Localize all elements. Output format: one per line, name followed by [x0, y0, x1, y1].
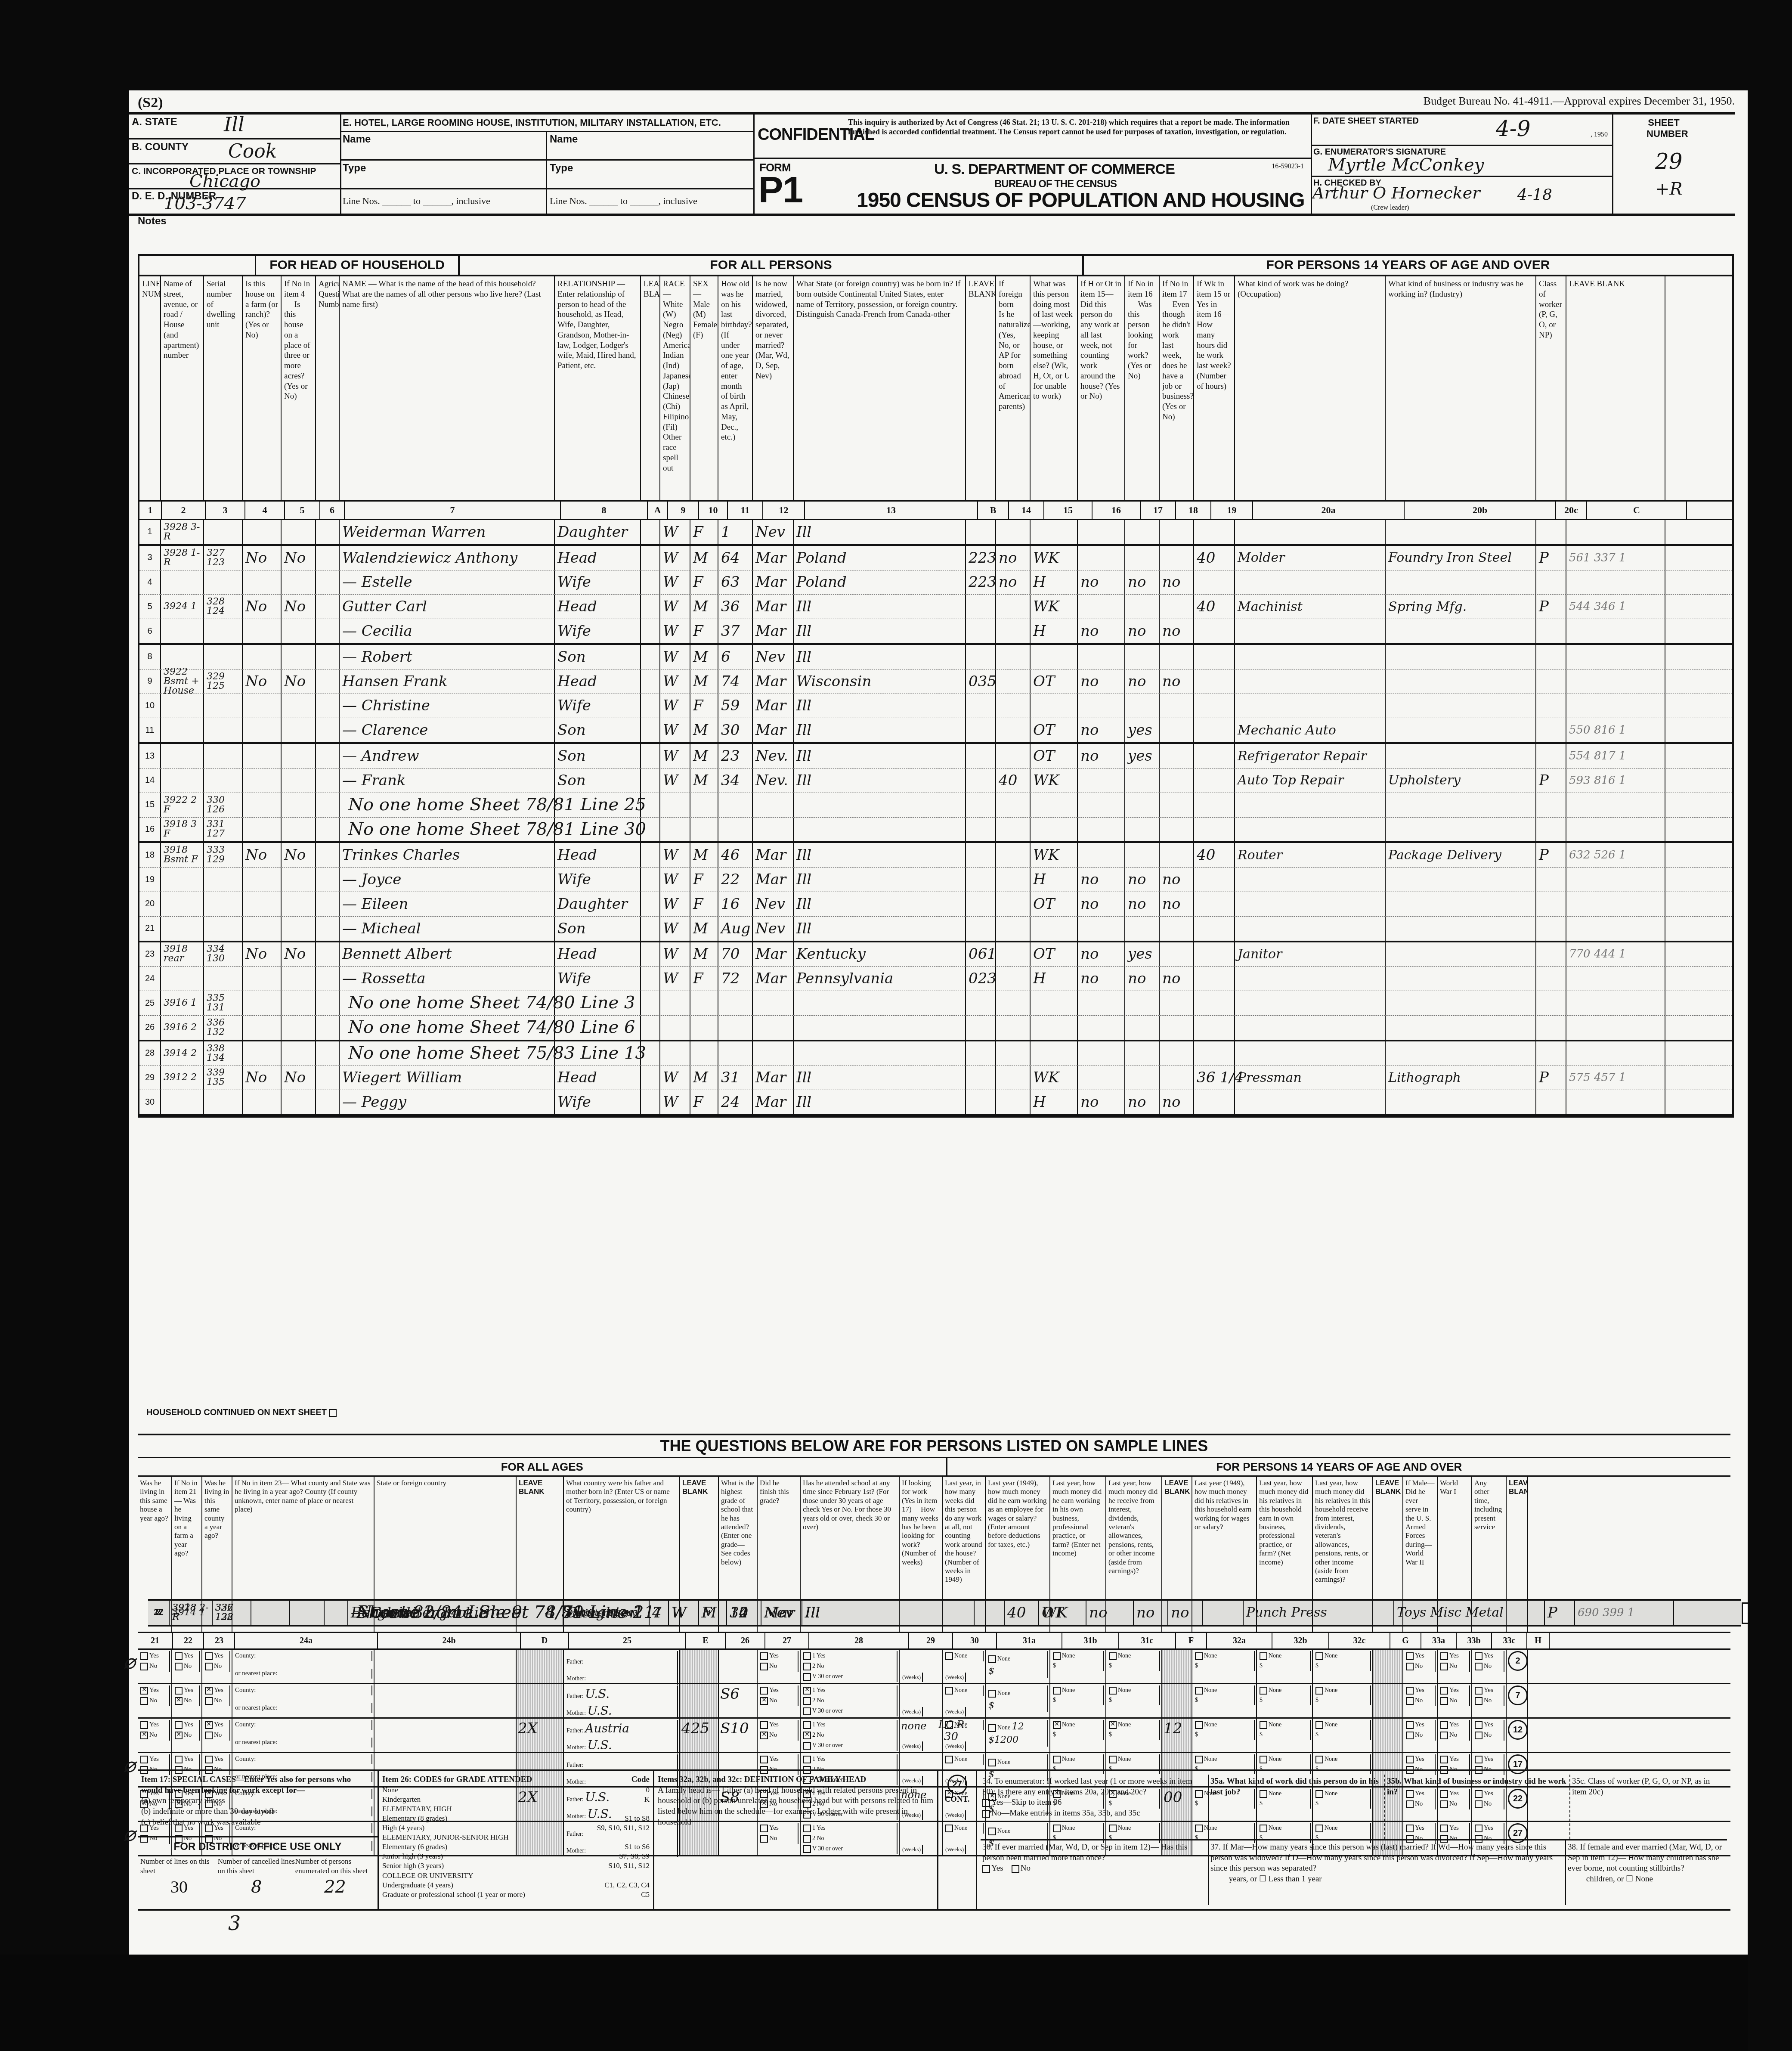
column-number-20c: 20c: [1556, 502, 1587, 519]
sample-cell-33b: YesNo: [1438, 1719, 1472, 1752]
household-continued-checkbox[interactable]: [329, 1409, 337, 1417]
cell-b: 023: [966, 967, 996, 991]
sample-number-24a: 24a: [235, 1633, 378, 1648]
cell-code: 575 457 1: [1566, 1066, 1665, 1090]
cell-q16: no: [1078, 867, 1125, 892]
q33-2-yes-checkbox[interactable]: [1475, 1721, 1483, 1729]
sample-number-31b: 31b: [1062, 1633, 1119, 1648]
sample-number-33b: 33b: [1457, 1633, 1492, 1648]
q27-yes-checkbox[interactable]: [760, 1652, 768, 1660]
q32-2-checkbox[interactable]: [1315, 1721, 1323, 1729]
q31a-none-checkbox[interactable]: [988, 1724, 996, 1732]
grade-code-item: Senior high (3 years)S10, S11, S12: [382, 1861, 650, 1871]
sample-header-27: Did he finish this grade?: [758, 1477, 801, 1632]
table-row: 283914 2338 134No one home Sheet 75/83 L…: [139, 1041, 1732, 1066]
q30-none-checkbox[interactable]: [945, 1756, 953, 1763]
form-id: P1: [758, 171, 803, 208]
cell-nat: [996, 669, 1031, 694]
sample-cell-F: [1162, 1684, 1192, 1717]
cell-hours: [1194, 619, 1235, 643]
cell-age: [718, 793, 753, 817]
cell-serial: [204, 619, 243, 643]
q28-30-checkbox[interactable]: [803, 1707, 811, 1715]
q22-no-checkbox[interactable]: ✕: [175, 1697, 183, 1705]
special-cases-title: Item 17: SPECIAL CASES—Enter Yes also fo…: [141, 1775, 374, 1796]
cell-sex: M: [690, 669, 718, 694]
cell-marital: Mar: [753, 619, 794, 643]
table-row: 233918 rear334 130NoNoBennett AlbertHead…: [139, 942, 1732, 967]
cell-q18: no: [1160, 1090, 1194, 1114]
sample-header-22: If No in item 21— Was he living on a far…: [172, 1477, 202, 1632]
column-header-C: LEAVE BLANK: [1566, 276, 1665, 500]
q31b-none-checkbox[interactable]: [1053, 1756, 1061, 1763]
line-number: 23: [139, 942, 161, 967]
cell-class: [1536, 1041, 1566, 1066]
cell-age: 64: [718, 546, 753, 570]
q36-yes-label: Yes: [991, 1864, 1003, 1873]
sample-cell-28: 1 Yes✕2 NoV 30 or over: [801, 1719, 900, 1752]
q33-0-yes-checkbox[interactable]: [1406, 1652, 1414, 1660]
cell-address: 3922 Bsmt + House: [161, 669, 204, 694]
cell-q16: [1078, 917, 1125, 941]
sample-cell-H: 7: [1507, 1684, 1528, 1717]
cell-q18: [1160, 818, 1194, 842]
q33-0-yes-checkbox[interactable]: [1406, 1756, 1414, 1763]
cell-a: [641, 546, 660, 570]
cell-name: Trinkes Charles: [340, 843, 555, 867]
column-header-6: Agriculture Questionnaire Number: [316, 276, 340, 500]
sample-header-24b: State or foreign country: [374, 1477, 517, 1632]
q32-0-checkbox[interactable]: [1195, 1756, 1203, 1763]
q23-yes-checkbox[interactable]: ✕: [205, 1687, 213, 1695]
q23-yes-checkbox[interactable]: [205, 1652, 213, 1660]
cell-sex: M: [690, 718, 718, 742]
q21-yes-checkbox[interactable]: [140, 1652, 148, 1660]
q22-no-checkbox[interactable]: [175, 1663, 183, 1670]
q21-yes-checkbox[interactable]: [140, 1721, 148, 1729]
cell-class: [1536, 818, 1566, 842]
q30-none-checkbox[interactable]: [945, 1687, 953, 1695]
cell-acres: No: [282, 942, 316, 967]
cell-class: [1536, 520, 1566, 544]
q33-2-no-checkbox[interactable]: [1475, 1697, 1483, 1705]
column-header-A: LEAVE BLANK: [641, 276, 660, 500]
q21-no-checkbox[interactable]: ✕: [140, 1732, 148, 1739]
group-14-over: FOR PERSONS 14 YEARS OF AGE AND OVER: [947, 1458, 1730, 1475]
cell-occupation: [1235, 669, 1386, 694]
cell-birthplace: [794, 793, 966, 817]
cell-nat: [996, 1090, 1031, 1114]
cell-b: [966, 744, 996, 768]
q36-text: 36. If ever married (Mar, Wd, D, or Sep …: [982, 1842, 1206, 1863]
q28-no-checkbox[interactable]: ✕: [803, 1732, 811, 1739]
cell-code: [1566, 818, 1665, 842]
line-number: 29: [139, 1066, 161, 1090]
q32-2-checkbox[interactable]: [1315, 1756, 1323, 1763]
q33-1-yes-checkbox[interactable]: [1440, 1756, 1448, 1763]
q31a-none-checkbox[interactable]: [988, 1759, 996, 1766]
q31c-none-checkbox[interactable]: [1109, 1687, 1117, 1695]
sample-header-30: Last year, in how many weeks did this pe…: [943, 1477, 986, 1632]
special-case-b: (b) indefinite or more than 30-day layof…: [141, 1806, 374, 1817]
cell-sex: [690, 991, 718, 1015]
cell-occupation: [1235, 570, 1386, 595]
q27-yes-checkbox[interactable]: [760, 1721, 768, 1729]
q27-no-checkbox[interactable]: [760, 1663, 768, 1670]
table-row: 33928 1-R327 123NoNoWalendziewicz Anthon…: [139, 546, 1732, 570]
line-number: 4: [139, 570, 161, 595]
cell-b: [966, 1041, 996, 1066]
q33-2-no-checkbox[interactable]: [1475, 1663, 1483, 1670]
sample-number-32a: 32a: [1207, 1633, 1272, 1648]
q33-1-no-checkbox[interactable]: [1440, 1697, 1448, 1705]
cell-q18: [1160, 1016, 1194, 1040]
cell-hours: [1194, 917, 1235, 941]
crossed-out-icon: ⌀: [123, 1822, 136, 1846]
column-number-4: 4: [245, 502, 285, 519]
column-header-8: RELATIONSHIP — Enter relationship of per…: [555, 276, 641, 500]
cell-activity: [1031, 818, 1078, 842]
cell-marital: [753, 1016, 794, 1040]
q36-no-checkbox[interactable]: [1012, 1865, 1019, 1873]
cell-race: W: [660, 595, 690, 619]
cell-code: 550 816 1: [1566, 718, 1665, 742]
cell-name: — Joyce: [340, 867, 555, 892]
institution-block: e. HOTEL, LARGE ROOMING HOUSE, INSTITUTI…: [340, 115, 755, 214]
row-note: No one home Sheet 74/80 Line 3: [348, 993, 635, 1013]
cell-race: W: [660, 892, 690, 916]
cell-agri-questionnaire: [316, 1041, 340, 1066]
cell-marital: [753, 818, 794, 842]
cell-q17: no: [1125, 619, 1160, 643]
q32-0-checkbox[interactable]: [1195, 1721, 1203, 1729]
q33-1-no-checkbox[interactable]: [1440, 1732, 1448, 1739]
cell-a: [641, 917, 660, 941]
grade-code-item: ELEMENTARY, JUNIOR-SENIOR HIGH: [382, 1833, 650, 1842]
sample-number-G: G: [1390, 1633, 1421, 1648]
sample-cell-24b: [374, 1719, 517, 1752]
column-header-9: RACE — White (W) Negro (Neg) American In…: [660, 276, 690, 500]
cell-industry: [1386, 942, 1536, 967]
crossed-out-icon: ⌀: [123, 1650, 136, 1674]
sample-cell-32c: None$: [1313, 1650, 1373, 1683]
cell-q16: no: [1078, 942, 1125, 967]
q23-yes-checkbox[interactable]: ✕: [205, 1721, 213, 1729]
q28-no-checkbox[interactable]: [803, 1697, 811, 1705]
q32-1-checkbox[interactable]: [1260, 1687, 1267, 1695]
form-code: (S2): [138, 95, 163, 111]
q21-no-checkbox[interactable]: [140, 1697, 148, 1705]
cell-sex: F: [690, 967, 718, 991]
household-continued[interactable]: HOUSEHOLD CONTINUED ON NEXT SHEET: [146, 1408, 338, 1418]
q22-yes-checkbox[interactable]: [175, 1721, 183, 1729]
q33-0-no-checkbox[interactable]: [1406, 1697, 1414, 1705]
q32-2-checkbox[interactable]: [1315, 1687, 1323, 1695]
q28-30-checkbox[interactable]: [803, 1742, 811, 1750]
q31c-none-checkbox[interactable]: ✕: [1109, 1721, 1117, 1729]
cell-acres: [282, 892, 316, 916]
q22-no-checkbox[interactable]: ✕: [175, 1732, 183, 1739]
cell-q16: no: [1078, 1090, 1125, 1114]
cell-race: W: [660, 570, 690, 595]
q21-no-checkbox[interactable]: [140, 1663, 148, 1670]
q37-tail: ____ years, or ☐ Less than 1 year: [1210, 1874, 1563, 1885]
cell-relation: Wife: [555, 867, 641, 892]
q32-0-checkbox[interactable]: [1195, 1652, 1203, 1660]
grade-code-label: Senior high (3 years): [382, 1861, 444, 1871]
q31b-none-checkbox[interactable]: [1053, 1652, 1061, 1660]
cell-class: P: [1536, 1066, 1566, 1090]
cell-farm: [243, 1041, 282, 1066]
cell-acres: [282, 818, 316, 842]
cell-activity: H: [1031, 867, 1078, 892]
row-note: No one home Sheet 74/80 Line 6: [348, 1017, 635, 1037]
q27-yes-checkbox[interactable]: [760, 1756, 768, 1763]
column-number-7: 7: [345, 502, 561, 519]
sample-line-2-icon: 2: [1508, 1651, 1528, 1671]
cell-farm: [243, 867, 282, 892]
cell-q18: [1160, 1041, 1194, 1066]
column-header-20b: What kind of business or industry was he…: [1386, 276, 1536, 500]
cell-q16: [1078, 768, 1125, 793]
q32-2-checkbox[interactable]: [1315, 1652, 1323, 1660]
cell-name: — Andrew: [340, 744, 555, 768]
sample-cell-22: Yes✕No: [172, 1684, 202, 1717]
cell-q16: no: [1078, 619, 1125, 643]
q22-yes-checkbox[interactable]: [175, 1687, 183, 1695]
cell-address: 3916 2: [161, 1016, 204, 1040]
q31b-none-checkbox[interactable]: [1053, 1687, 1061, 1695]
q23-no-checkbox[interactable]: [205, 1697, 213, 1705]
cell-code: [1566, 669, 1665, 694]
q32-1-checkbox[interactable]: [1260, 1721, 1267, 1729]
cell-age: [718, 991, 753, 1015]
q33-1-no-checkbox[interactable]: [1440, 1663, 1448, 1670]
q21-yes-checkbox[interactable]: [140, 1756, 148, 1763]
cell-b: 061: [966, 942, 996, 967]
q31b-none-checkbox[interactable]: ✕: [1053, 1721, 1061, 1729]
q33-2-no-checkbox[interactable]: [1475, 1732, 1483, 1739]
cell-sex: F: [690, 892, 718, 916]
q23-no-checkbox[interactable]: [205, 1663, 213, 1670]
cell-activity: OT: [1031, 892, 1078, 916]
q32-0-checkbox[interactable]: [1195, 1687, 1203, 1695]
cell-b: [966, 1066, 996, 1090]
q28-yes-checkbox[interactable]: [803, 1652, 811, 1660]
cell-sex: F: [690, 619, 718, 643]
lines-value: 30: [140, 1876, 218, 1898]
q28-30-checkbox[interactable]: [803, 1673, 811, 1681]
q33-0-yes-checkbox[interactable]: [1406, 1721, 1414, 1729]
q32-1-checkbox[interactable]: [1260, 1756, 1267, 1763]
table-row: 24— RossettaWifeWF72MarPennsylvania023Hn…: [139, 967, 1732, 991]
sample-cell-31c: ✕None$: [1106, 1719, 1162, 1752]
cell-farm: No: [243, 1066, 282, 1090]
cell-relation: Son: [555, 718, 641, 742]
q33-1-yes-checkbox[interactable]: [1440, 1687, 1448, 1695]
line-27-marker-icon: 27: [947, 1775, 967, 1794]
q27-no-checkbox[interactable]: ✕: [760, 1697, 768, 1705]
cell-address: 3916 1: [161, 991, 204, 1015]
q27-no-checkbox[interactable]: ✕: [760, 1732, 768, 1739]
cell-serial: [204, 744, 243, 768]
q22-yes-checkbox[interactable]: [175, 1756, 183, 1763]
cell-q17: [1125, 917, 1160, 941]
q27-yes-checkbox[interactable]: [760, 1687, 768, 1695]
column-number-17: 17: [1141, 502, 1176, 519]
cell-hours: [1194, 718, 1235, 742]
sample-header-33b: World War I: [1438, 1477, 1472, 1632]
cell-relation: Son: [555, 917, 641, 941]
grade-code-item: ELEMENTARY, HIGH: [382, 1804, 650, 1814]
cell-hours: [1194, 793, 1235, 817]
cell-birthplace: [794, 991, 966, 1015]
table-row: 10— ChristineWifeWF59MarIll: [139, 694, 1732, 719]
q31c-none-checkbox[interactable]: [1109, 1652, 1117, 1660]
cell-b: [966, 520, 996, 544]
cell-agri-questionnaire: [316, 768, 340, 793]
cell-activity: H: [1031, 619, 1078, 643]
cell-code: [1566, 1090, 1665, 1114]
q32-1-checkbox[interactable]: [1260, 1652, 1267, 1660]
q36-yes-checkbox[interactable]: [982, 1865, 990, 1873]
cell-name: — Frank: [340, 768, 555, 793]
cell-activity: WK: [1031, 768, 1078, 793]
cell-occupation: Auto Top Repair: [1235, 768, 1386, 793]
cell-a: [641, 1090, 660, 1114]
sample-cell-30: None(Weeks): [943, 1684, 986, 1717]
cell-b: [966, 892, 996, 916]
column-number-19: 19: [1211, 502, 1253, 519]
cell-age: 22: [718, 867, 753, 892]
sample-cell-32b: None$: [1257, 1650, 1313, 1683]
cell-q16: [1078, 991, 1125, 1015]
table-row: 153922 2 F330 126No one home Sheet 78/81…: [139, 793, 1732, 818]
sample-header-F: LEAVE BLANK: [1162, 1477, 1192, 1632]
cell-industry: [1386, 520, 1536, 544]
cell-industry: Spring Mfg.: [1386, 595, 1536, 619]
q33-0-yes-checkbox[interactable]: [1406, 1687, 1414, 1695]
special-cases-block: Item 17: SPECIAL CASES—Enter Yes also fo…: [138, 1771, 379, 1909]
q30-none-checkbox[interactable]: [945, 1652, 953, 1660]
column-number-C: C: [1587, 502, 1687, 519]
grade-code-item: Graduate or professional school (1 year …: [382, 1890, 650, 1899]
q28-no-checkbox[interactable]: [803, 1663, 811, 1670]
grade-code-label: Junior high (3 years): [382, 1852, 443, 1861]
cell-marital: [753, 793, 794, 817]
cell-activity: H: [1031, 967, 1078, 991]
q31c-none-checkbox[interactable]: [1109, 1756, 1117, 1763]
q33-0-no-checkbox[interactable]: [1406, 1732, 1414, 1739]
cell-relation: Daughter: [555, 520, 641, 544]
cell-hours: [1194, 768, 1235, 793]
q33-2-yes-checkbox[interactable]: [1475, 1687, 1483, 1695]
cell-marital: Mar: [753, 669, 794, 694]
sample-cell-21: ✕YesNo: [138, 1684, 172, 1717]
cell-industry: [1386, 570, 1536, 595]
sample-number-31c: 31c: [1119, 1633, 1176, 1648]
q22-yes-checkbox[interactable]: [175, 1652, 183, 1660]
cell-relation: Daughter: [555, 892, 641, 916]
cell-q18: [1160, 645, 1194, 669]
grade-codes-list: None0KindergartenKELEMENTARY, HIGHElemen…: [382, 1785, 650, 1899]
sample-cell-23: ✕YesNo: [202, 1684, 232, 1717]
grade-code-value: S1 to S6: [625, 1842, 650, 1852]
q28-yes-checkbox[interactable]: [803, 1721, 811, 1729]
cell-agri-questionnaire: [316, 892, 340, 916]
sample-line-12-icon: 12: [1508, 1720, 1528, 1740]
q34-no-checkbox[interactable]: [982, 1810, 990, 1818]
cell-address: 3918 rear: [161, 942, 204, 967]
cell-birthplace: Ill: [794, 619, 966, 643]
sample-line-7-icon: 7: [1508, 1685, 1528, 1705]
sample-row-7: ✕YesNoYes✕No✕YesNoCounty:or nearest plac…: [138, 1684, 1730, 1719]
column-header-15: What was this person doing most of last …: [1031, 276, 1078, 500]
q23-no-checkbox[interactable]: [205, 1732, 213, 1739]
cell-birthplace: Ill: [794, 595, 966, 619]
cell-race: W: [660, 546, 690, 570]
cell-marital: Mar: [753, 967, 794, 991]
q33-2-yes-checkbox[interactable]: [1475, 1652, 1483, 1660]
sample-cell-E: 425: [680, 1719, 719, 1752]
q34-yes-checkbox[interactable]: [982, 1799, 990, 1807]
cell-serial: 331 127: [204, 818, 243, 842]
cell-race: W: [660, 669, 690, 694]
dept-name: U. S. DEPARTMENT OF COMMERCE: [934, 161, 1175, 178]
grade-code-item: COLLEGE OR UNIVERSITY: [382, 1871, 650, 1881]
cell-code: [1566, 967, 1665, 991]
cell-farm: [243, 520, 282, 544]
cell-a: [641, 1066, 660, 1090]
cell-nat: [996, 744, 1031, 768]
q28-yes-checkbox[interactable]: ✕: [803, 1687, 811, 1695]
q21-yes-checkbox[interactable]: ✕: [140, 1687, 148, 1695]
cell-serial: [204, 768, 243, 793]
q33-1-yes-checkbox[interactable]: [1440, 1721, 1448, 1729]
cell-occupation: [1235, 1090, 1386, 1114]
q23-yes-checkbox[interactable]: [205, 1756, 213, 1763]
cell-sex: F: [690, 694, 718, 718]
q31a-none-checkbox[interactable]: [988, 1655, 996, 1663]
cell-industry: [1386, 793, 1536, 817]
cell-agri-questionnaire: [316, 917, 340, 941]
sample-header-32a: Last year (1949), how much money did his…: [1192, 1477, 1257, 1632]
cell-q16: no: [1078, 892, 1125, 916]
cell-industry: [1386, 867, 1536, 892]
column-header-13: What State (or foreign country) was he b…: [794, 276, 966, 500]
column-numbers: 12345678A910111213B14151617181920a20b20c…: [139, 502, 1732, 520]
cell-industry: [1386, 694, 1536, 718]
cell-occupation: [1235, 619, 1386, 643]
q31a-none-checkbox[interactable]: [988, 1690, 996, 1698]
sample-cell-31c: None$: [1106, 1650, 1162, 1683]
cell-address: [161, 768, 204, 793]
cell-code: [1566, 694, 1665, 718]
cell-marital: Nev: [753, 892, 794, 916]
q33-1-yes-checkbox[interactable]: [1440, 1652, 1448, 1660]
q33-2-yes-checkbox[interactable]: [1475, 1756, 1483, 1763]
column-header-2: Name of street, avenue, or road / House …: [161, 276, 204, 500]
q33-0-no-checkbox[interactable]: [1406, 1663, 1414, 1670]
cell-agri-questionnaire: [316, 546, 340, 570]
cell-farm: [243, 570, 282, 595]
line-number: 16: [139, 818, 161, 842]
cell-sex: M: [690, 1066, 718, 1090]
q28-yes-checkbox[interactable]: [803, 1756, 811, 1763]
cell-activity: [1031, 694, 1078, 718]
cell-q18: no: [1160, 867, 1194, 892]
sample-number-H: H: [1527, 1633, 1550, 1648]
